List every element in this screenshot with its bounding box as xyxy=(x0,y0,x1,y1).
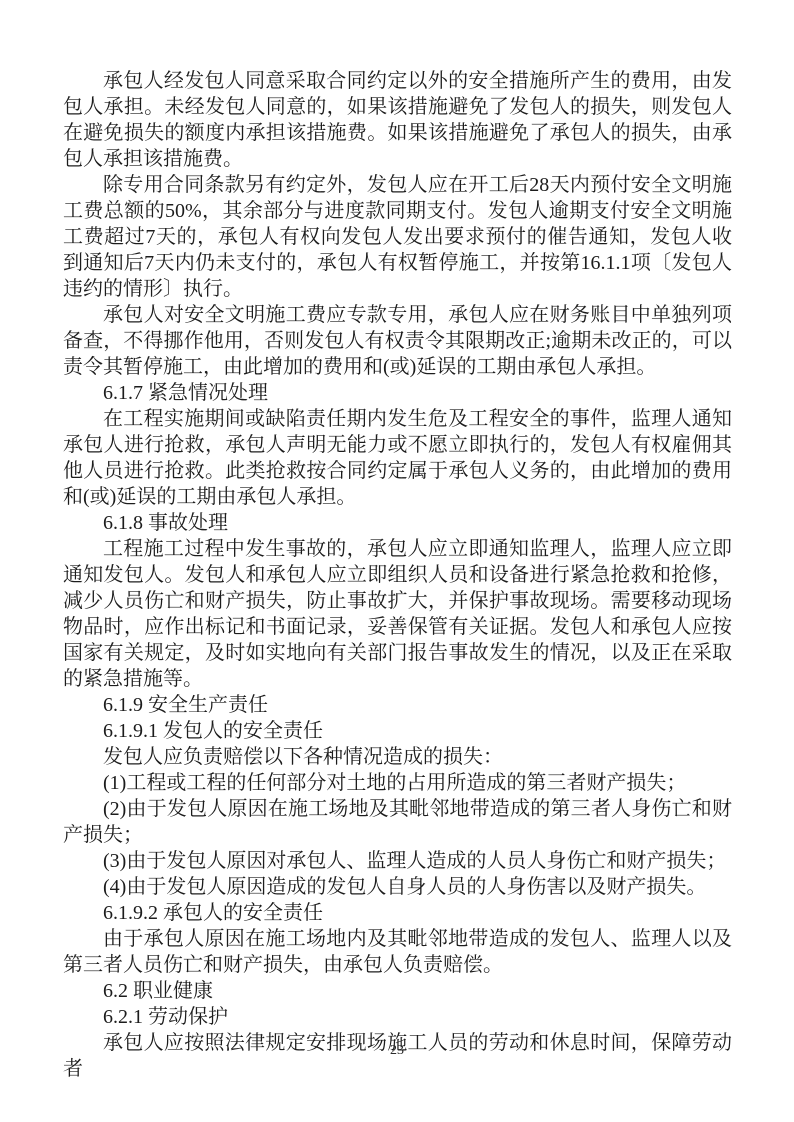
heading-6-1-8-accident-handling: 6.1.8 事故处理 xyxy=(63,510,732,536)
paragraph-extra-safety-measures-cost: 承包人经发包人同意采取合同约定以外的安全措施所产生的费用，由发包人承担。未经发包… xyxy=(63,68,732,172)
paragraph-accident-procedure: 工程施工过程中发生事故的，承包人应立即通知监理人，监理人应立即通知发包人。发包人… xyxy=(63,536,732,692)
heading-6-2-occupational-health: 6.2 职业健康 xyxy=(63,978,732,1004)
paragraph-employer-compensation-intro: 发包人应负责赔偿以下各种情况造成的损失： xyxy=(63,744,732,770)
heading-6-1-9-2-contractor-safety-responsibility: 6.1.9.2 承包人的安全责任 xyxy=(63,900,732,926)
heading-6-1-9-safety-production-responsibility: 6.1.9 安全生产责任 xyxy=(63,692,732,718)
paragraph-contractor-compensation: 由于承包人原因在施工场地内及其毗邻地带造成的发包人、监理人以及第三者人员伤亡和财… xyxy=(63,926,732,978)
paragraph-emergency-rescue: 在工程实施期间或缺陷责任期内发生危及工程安全的事件，监理人通知承包人进行抢救，承… xyxy=(63,406,732,510)
document-page: 承包人经发包人同意采取合同约定以外的安全措施所产生的费用，由发包人承担。未经发包… xyxy=(0,0,794,1122)
list-item-4-employer-own-personnel-loss: (4)由于发包人原因造成的发包人自身人员的人身伤害以及财产损失。 xyxy=(63,874,732,900)
paragraph-safety-fee-prepayment: 除专用合同条款另有约定外，发包人应在开工后28天内预付安全文明施工费总额的50%… xyxy=(63,172,732,302)
list-item-3-contractor-supervisor-loss: (3)由于发包人原因对承包人、监理人造成的人员人身伤亡和财产损失； xyxy=(63,848,732,874)
list-item-2-third-party-casualty-loss: (2)由于发包人原因在施工场地及其毗邻地带造成的第三者人身伤亡和财产损失； xyxy=(63,796,732,848)
document-body: 承包人经发包人同意采取合同约定以外的安全措施所产生的费用，由发包人承担。未经发包… xyxy=(63,68,732,1082)
heading-6-1-9-1-employer-safety-responsibility: 6.1.9.1 发包人的安全责任 xyxy=(63,718,732,744)
heading-6-1-7-emergency-handling: 6.1.7 紧急情况处理 xyxy=(63,380,732,406)
heading-6-2-1-labor-protection: 6.2.1 劳动保护 xyxy=(63,1004,732,1030)
list-item-1-land-occupation-loss: (1)工程或工程的任何部分对土地的占用所造成的第三者财产损失； xyxy=(63,770,732,796)
paragraph-safety-fee-dedicated-use: 承包人对安全文明施工费应专款专用，承包人应在财务账目中单独列项备查，不得挪作他用… xyxy=(63,302,732,380)
page-number: 23 xyxy=(0,1042,794,1060)
